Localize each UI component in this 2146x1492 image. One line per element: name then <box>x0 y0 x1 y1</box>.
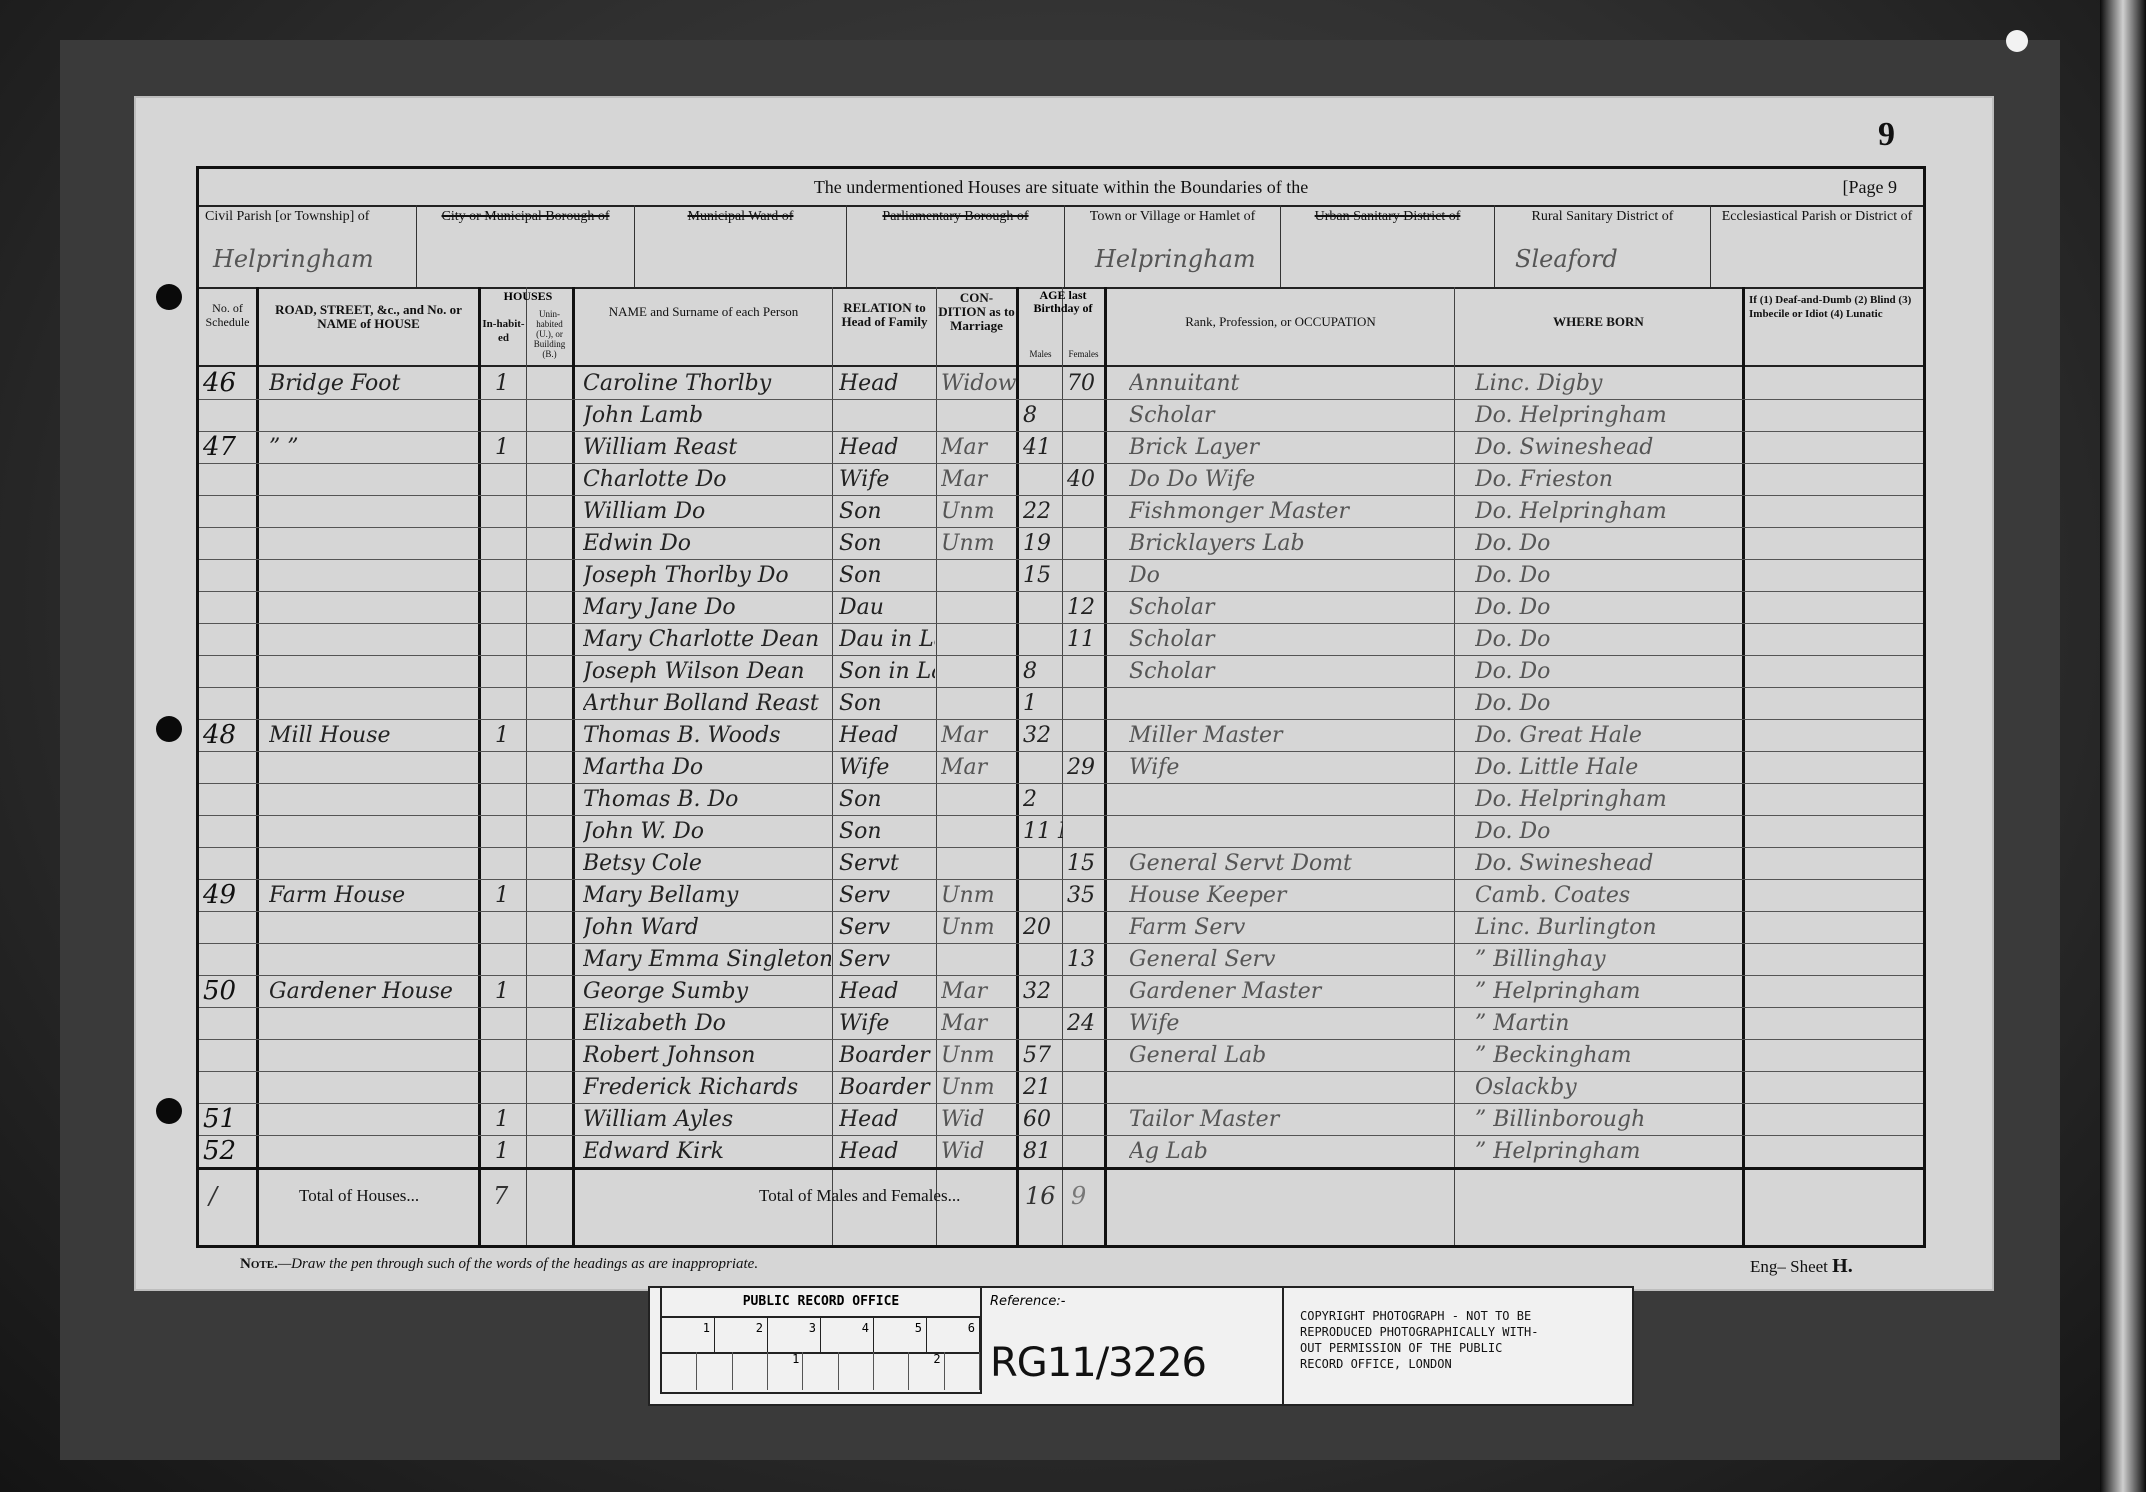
occupation: Do <box>1129 559 1449 592</box>
occupation: House Keeper <box>1129 879 1449 912</box>
male-age <box>1023 751 1063 784</box>
house-name <box>269 783 479 816</box>
inhabited-count <box>495 655 525 688</box>
inhabited-count: 1 <box>495 431 525 464</box>
person-name: Joseph Thorlby Do <box>583 559 831 592</box>
schedule-number <box>203 655 257 688</box>
occupation <box>1129 783 1449 816</box>
occupation: Scholar <box>1129 655 1449 688</box>
female-age <box>1067 655 1107 688</box>
person-name: Robert Johnson <box>583 1039 831 1072</box>
occupation: Bricklayers Lab <box>1129 527 1449 560</box>
house-name <box>269 1007 479 1040</box>
form-title: The undermentioned Houses are situate wi… <box>199 177 1923 198</box>
relation: Serv <box>839 879 935 912</box>
occupation <box>1129 1071 1449 1104</box>
table-row: John Lamb8ScholarDo. Helpringham <box>199 399 1923 432</box>
table-row: Robert JohnsonBoarderUnm57General Lab” B… <box>199 1039 1923 1072</box>
person-name: William Do <box>583 495 831 528</box>
table-row: Mary Jane DoDau12ScholarDo. Do <box>199 591 1923 624</box>
female-age: 29 <box>1067 751 1107 784</box>
female-age <box>1067 399 1107 432</box>
relation: Son <box>839 783 935 816</box>
birthplace: ” Helpringham <box>1475 1135 1743 1168</box>
punch-hole <box>156 716 182 742</box>
schedule-number <box>203 1039 257 1072</box>
relation: Head <box>839 431 935 464</box>
occupation: Scholar <box>1129 399 1449 432</box>
table-row: William DoSonUnm22Fishmonger MasterDo. H… <box>199 495 1923 528</box>
boundaries-row: Civil Parish [or Township] of Helpringha… <box>199 205 1923 289</box>
person-name: George Sumby <box>583 975 831 1008</box>
house-name: ” ” <box>269 431 479 464</box>
relation <box>839 399 935 432</box>
boundary-parliamentary-borough: Parliamentary Borough of <box>847 205 1065 287</box>
birthplace: Do. Do <box>1475 655 1743 688</box>
condition: Mar <box>941 719 1017 752</box>
schedule-number <box>203 399 257 432</box>
house-name: Bridge Foot <box>269 367 479 400</box>
relation: Son <box>839 527 935 560</box>
female-age: 12 <box>1067 591 1107 624</box>
occupation: Wife <box>1129 751 1449 784</box>
houses-group-header: HOUSES <box>481 289 575 304</box>
birthplace: Do. Helpringham <box>1475 783 1743 816</box>
male-age: 20 <box>1023 911 1063 944</box>
condition: Mar <box>941 1007 1017 1040</box>
scale-inches: 123456 <box>662 1316 980 1354</box>
male-age <box>1023 463 1063 496</box>
relation: Son <box>839 815 935 848</box>
inhabited-count <box>495 751 525 784</box>
occupation: Tailor Master <box>1129 1103 1449 1136</box>
total-males-value: 16 <box>1025 1182 1056 1210</box>
female-age: 15 <box>1067 847 1107 880</box>
inhabited-count <box>495 815 525 848</box>
page-bracket: [Page 9 <box>1843 177 1897 198</box>
schedule-number <box>203 591 257 624</box>
corner-hole <box>2006 30 2028 52</box>
male-age: 57 <box>1023 1039 1063 1072</box>
condition: Mar <box>941 751 1017 784</box>
schedule-number <box>203 943 257 976</box>
inhabited-count <box>495 399 525 432</box>
scale-tick-label: 5 <box>874 1318 927 1352</box>
schedule-number <box>203 495 257 528</box>
female-age: 70 <box>1067 367 1107 400</box>
table-row: 47” ”1William ReastHeadMar41Brick LayerD… <box>199 431 1923 464</box>
house-name <box>269 751 479 784</box>
relation: Wife <box>839 463 935 496</box>
male-age: 2 <box>1023 783 1063 816</box>
female-age <box>1067 431 1107 464</box>
relation: Serv <box>839 943 935 976</box>
total-houses-label: Total of Houses... <box>299 1186 419 1206</box>
schedule-number <box>203 911 257 944</box>
male-age <box>1023 847 1063 880</box>
condition: Mar <box>941 431 1017 464</box>
schedule-number <box>203 687 257 720</box>
inhabited-count <box>495 591 525 624</box>
schedule-number <box>203 527 257 560</box>
scale-tick-label: 2 <box>715 1318 768 1352</box>
occupation: Miller Master <box>1129 719 1449 752</box>
male-age <box>1023 1007 1063 1040</box>
condition: Unm <box>941 1071 1017 1104</box>
occupation: General Servt Domt <box>1129 847 1449 880</box>
age-group-header: AGE last Birthday of <box>1019 289 1107 315</box>
female-age: 13 <box>1067 943 1107 976</box>
male-age: 15 <box>1023 559 1063 592</box>
person-name: Arthur Bolland Reast <box>583 687 831 720</box>
table-row: 48Mill House1Thomas B. WoodsHeadMar32Mil… <box>199 719 1923 752</box>
person-name: Caroline Thorlby <box>583 367 831 400</box>
schedule-number <box>203 463 257 496</box>
birthplace: ” Billinghay <box>1475 943 1743 976</box>
male-age <box>1023 591 1063 624</box>
condition: Wid <box>941 1103 1017 1136</box>
relation: Servt <box>839 847 935 880</box>
table-row: Mary Charlotte DeanDau in Law11ScholarDo… <box>199 623 1923 656</box>
person-name: Edward Kirk <box>583 1135 831 1168</box>
person-name: Charlotte Do <box>583 463 831 496</box>
reference-label: Reference:- <box>990 1294 1065 1309</box>
relation: Head <box>839 1135 935 1168</box>
table-row: Martha DoWifeMar29WifeDo. Little Hale <box>199 751 1923 784</box>
condition <box>941 943 1017 976</box>
female-age <box>1067 783 1107 816</box>
birthplace: Do. Great Hale <box>1475 719 1743 752</box>
table-row: Thomas B. DoSon2Do. Helpringham <box>199 783 1923 816</box>
inhabited-count <box>495 1039 525 1072</box>
inhabited-count <box>495 495 525 528</box>
birthplace: Camb. Coates <box>1475 879 1743 912</box>
total-females-value: 9 <box>1071 1182 1086 1210</box>
inhabited-count <box>495 783 525 816</box>
film-edge <box>2100 0 2146 1492</box>
occupation: Brick Layer <box>1129 431 1449 464</box>
male-age: 8 <box>1023 399 1063 432</box>
relation: Head <box>839 367 935 400</box>
birthplace: Do. Little Hale <box>1475 751 1743 784</box>
schedule-number <box>203 1071 257 1104</box>
male-age: 19 <box>1023 527 1063 560</box>
inhabited-count: 1 <box>495 367 525 400</box>
female-age <box>1067 1071 1107 1104</box>
inhabited-count <box>495 847 525 880</box>
copyright-notice: COPYRIGHT PHOTOGRAPH - NOT TO BEREPRODUC… <box>1282 1288 1632 1404</box>
male-age: 60 <box>1023 1103 1063 1136</box>
person-name: John Ward <box>583 911 831 944</box>
archive-label-card: PUBLIC RECORD OFFICE 123456 12 Reference… <box>648 1286 1634 1406</box>
male-age <box>1023 367 1063 400</box>
person-name: Betsy Cole <box>583 847 831 880</box>
relation: Dau <box>839 591 935 624</box>
table-row: Joseph Wilson DeanSon in Law8ScholarDo. … <box>199 655 1923 688</box>
occupation: General Serv <box>1129 943 1449 976</box>
schedule-number <box>203 1007 257 1040</box>
schedule-number <box>203 751 257 784</box>
condition: Unm <box>941 911 1017 944</box>
person-name: Elizabeth Do <box>583 1007 831 1040</box>
scale-tick <box>874 1352 909 1390</box>
female-age <box>1067 527 1107 560</box>
house-name <box>269 399 479 432</box>
birthplace: Do. Frieston <box>1475 463 1743 496</box>
scale-tick <box>662 1352 697 1390</box>
relation: Dau in Law <box>839 623 935 656</box>
female-age <box>1067 559 1107 592</box>
inhabited-count: 1 <box>495 1103 525 1136</box>
relation: Wife <box>839 1007 935 1040</box>
birthplace: Linc. Digby <box>1475 367 1743 400</box>
house-name <box>269 1039 479 1072</box>
house-name <box>269 847 479 880</box>
schedule-number <box>203 623 257 656</box>
inhabited-count <box>495 943 525 976</box>
house-name <box>269 623 479 656</box>
schedule-number: 46 <box>203 367 257 400</box>
occupation: Scholar <box>1129 591 1449 624</box>
house-name <box>269 943 479 976</box>
page-number: 9 <box>1878 116 1895 154</box>
birthplace: Do. Do <box>1475 623 1743 656</box>
occupation <box>1129 687 1449 720</box>
table-row: Frederick RichardsBoarderUnm21Oslackby <box>199 1071 1923 1104</box>
house-name <box>269 495 479 528</box>
person-name: William Reast <box>583 431 831 464</box>
house-name <box>269 911 479 944</box>
relation: Son in Law <box>839 655 935 688</box>
table-row: 511William AylesHeadWid60Tailor Master” … <box>199 1103 1923 1136</box>
table-row: Arthur Bolland ReastSon1Do. Do <box>199 687 1923 720</box>
occupation: Fishmonger Master <box>1129 495 1449 528</box>
scale-tick: 2 <box>909 1352 944 1390</box>
condition: Widow <box>941 367 1017 400</box>
copyright-line: REPRODUCED PHOTOGRAPHICALLY WITH- <box>1300 1324 1632 1340</box>
scale-tick <box>697 1352 732 1390</box>
relation: Serv <box>839 911 935 944</box>
person-name: Mary Charlotte Dean <box>583 623 831 656</box>
table-row: Mary Emma SingletonServ13General Serv” B… <box>199 943 1923 976</box>
person-name: Mary Jane Do <box>583 591 831 624</box>
relation: Head <box>839 1103 935 1136</box>
house-name <box>269 1135 479 1168</box>
birthplace: Do. Do <box>1475 559 1743 592</box>
relation: Son <box>839 495 935 528</box>
scale-tick-label: 3 <box>768 1318 821 1352</box>
person-name: Martha Do <box>583 751 831 784</box>
house-name <box>269 591 479 624</box>
table-row: John W. DoSon11 MoDo. Do <box>199 815 1923 848</box>
female-age <box>1067 687 1107 720</box>
condition: Unm <box>941 1039 1017 1072</box>
scale-tick-label: 1 <box>662 1318 715 1352</box>
totals-row: / Total of Houses... 7 Total of Males an… <box>199 1167 1923 1230</box>
relation: Boarder <box>839 1071 935 1104</box>
boundary-urban-sanitary: Urban Sanitary District of <box>1281 205 1495 287</box>
condition: Unm <box>941 879 1017 912</box>
house-name <box>269 815 479 848</box>
birthplace: ” Martin <box>1475 1007 1743 1040</box>
relation: Wife <box>839 751 935 784</box>
inhabited-count: 1 <box>495 879 525 912</box>
condition <box>941 783 1017 816</box>
person-name: Mary Bellamy <box>583 879 831 912</box>
inhabited-count <box>495 1007 525 1040</box>
copyright-line: RECORD OFFICE, LONDON <box>1300 1356 1632 1372</box>
sheet-identifier: Eng– Sheet H. <box>1750 1255 1853 1278</box>
occupation: General Lab <box>1129 1039 1449 1072</box>
birthplace: Do. Do <box>1475 815 1743 848</box>
table-row: Elizabeth DoWifeMar24Wife” Martin <box>199 1007 1923 1040</box>
boundary-municipal-borough: City or Municipal Borough of <box>417 205 635 287</box>
occupation: Ag Lab <box>1129 1135 1449 1168</box>
person-name: John W. Do <box>583 815 831 848</box>
table-row: Betsy ColeServt15General Servt DomtDo. S… <box>199 847 1923 880</box>
relation: Head <box>839 719 935 752</box>
house-name: Farm House <box>269 879 479 912</box>
condition: Unm <box>941 527 1017 560</box>
condition <box>941 847 1017 880</box>
condition: Wid <box>941 1135 1017 1168</box>
table-row: 49Farm House1Mary BellamyServUnm35House … <box>199 879 1923 912</box>
male-age: 41 <box>1023 431 1063 464</box>
schedule-number: 52 <box>203 1135 257 1168</box>
schedule-number <box>203 559 257 592</box>
schedule-number: 51 <box>203 1103 257 1136</box>
inhabited-count: 1 <box>495 975 525 1008</box>
condition: Mar <box>941 975 1017 1008</box>
inhabited-count <box>495 687 525 720</box>
occupation: Do Do Wife <box>1129 463 1449 496</box>
house-name <box>269 559 479 592</box>
birthplace: Oslackby <box>1475 1071 1743 1104</box>
scale-tick <box>945 1352 980 1390</box>
relation: Boarder <box>839 1039 935 1072</box>
table-row: Joseph Thorlby DoSon15DoDo. Do <box>199 559 1923 592</box>
condition: Unm <box>941 495 1017 528</box>
condition <box>941 559 1017 592</box>
occupation: Gardener Master <box>1129 975 1449 1008</box>
inhabited-count <box>495 1071 525 1104</box>
person-name: John Lamb <box>583 399 831 432</box>
scale-fine: 12 <box>662 1352 980 1390</box>
house-name: Gardener House <box>269 975 479 1008</box>
house-name <box>269 1071 479 1104</box>
female-age <box>1067 1135 1107 1168</box>
reference-value: RG11/3226 <box>990 1340 1206 1386</box>
female-age <box>1067 911 1107 944</box>
relation: Son <box>839 687 935 720</box>
person-name: Frederick Richards <box>583 1071 831 1104</box>
table-row: 521Edward KirkHeadWid81Ag Lab” Helpringh… <box>199 1135 1923 1168</box>
condition <box>941 815 1017 848</box>
punch-hole <box>156 284 182 310</box>
scale-tick: 1 <box>768 1352 803 1390</box>
female-age <box>1067 1039 1107 1072</box>
boundary-town-village: Town or Village or Hamlet of Helpringham <box>1065 205 1281 287</box>
male-age: 11 Mo <box>1023 815 1063 848</box>
female-age <box>1067 1103 1107 1136</box>
occupation: Annuitant <box>1129 367 1449 400</box>
scale-tick-label: 6 <box>927 1318 980 1352</box>
inhabited-count <box>495 911 525 944</box>
inhabited-count: 1 <box>495 1135 525 1168</box>
table-row: 50Gardener House1George SumbyHeadMar32Ga… <box>199 975 1923 1008</box>
schedule-number <box>203 815 257 848</box>
female-age <box>1067 719 1107 752</box>
female-age: 35 <box>1067 879 1107 912</box>
condition <box>941 687 1017 720</box>
total-houses-value: 7 <box>493 1182 508 1210</box>
person-name: William Ayles <box>583 1103 831 1136</box>
birthplace: Do. Helpringham <box>1475 399 1743 432</box>
male-age <box>1023 879 1063 912</box>
occupation: Scholar <box>1129 623 1449 656</box>
scale-tick <box>803 1352 838 1390</box>
birthplace: ” Billinborough <box>1475 1103 1743 1136</box>
boundary-ecclesiastical: Ecclesiastical Parish or District of <box>1711 205 1923 287</box>
table-row: Charlotte DoWifeMar40Do Do WifeDo. Fries… <box>199 463 1923 496</box>
relation: Son <box>839 559 935 592</box>
inhabited-count <box>495 527 525 560</box>
female-age <box>1067 975 1107 1008</box>
female-age: 40 <box>1067 463 1107 496</box>
total-persons-label: Total of Males and Females... <box>759 1186 960 1206</box>
male-age: 21 <box>1023 1071 1063 1104</box>
copyright-line: OUT PERMISSION OF THE PUBLIC <box>1300 1340 1632 1356</box>
table-row: Edwin DoSonUnm19Bricklayers LabDo. Do <box>199 527 1923 560</box>
person-name: Mary Emma Singleton <box>583 943 831 976</box>
schedule-number: 48 <box>203 719 257 752</box>
inhabited-count <box>495 463 525 496</box>
boundary-rural-sanitary: Rural Sanitary District of Sleaford <box>1495 205 1711 287</box>
punch-hole <box>156 1098 182 1124</box>
house-name <box>269 687 479 720</box>
scale-tick <box>733 1352 768 1390</box>
house-name <box>269 527 479 560</box>
schedule-number: 50 <box>203 975 257 1008</box>
male-age: 22 <box>1023 495 1063 528</box>
census-form: The undermentioned Houses are situate wi… <box>196 166 1926 1248</box>
birthplace: ” Helpringham <box>1475 975 1743 1008</box>
house-name <box>269 1103 479 1136</box>
census-table: No. of Schedule ROAD, STREET, &c., and N… <box>199 287 1923 1245</box>
female-age: 11 <box>1067 623 1107 656</box>
birthplace: ” Beckingham <box>1475 1039 1743 1072</box>
person-name: Thomas B. Do <box>583 783 831 816</box>
person-name: Edwin Do <box>583 527 831 560</box>
birthplace: Do. Do <box>1475 687 1743 720</box>
scale-tick-label: 4 <box>821 1318 874 1352</box>
male-age: 1 <box>1023 687 1063 720</box>
copyright-line: COPYRIGHT PHOTOGRAPH - NOT TO BE <box>1300 1308 1632 1324</box>
schedule-number: 47 <box>203 431 257 464</box>
form-title-row: The undermentioned Houses are situate wi… <box>199 169 1923 207</box>
table-row: 46Bridge Foot1Caroline ThorlbyHeadWidow7… <box>199 367 1923 400</box>
house-name: Mill House <box>269 719 479 752</box>
birthplace: Do. Helpringham <box>1475 495 1743 528</box>
occupation <box>1129 815 1449 848</box>
birthplace: Linc. Burlington <box>1475 911 1743 944</box>
birthplace: Do. Do <box>1475 527 1743 560</box>
schedule-number: 49 <box>203 879 257 912</box>
inhabited-count: 1 <box>495 719 525 752</box>
table-row: John WardServUnm20Farm ServLinc. Burling… <box>199 911 1923 944</box>
public-record-office-scale: PUBLIC RECORD OFFICE 123456 12 <box>660 1288 982 1394</box>
birthplace: Do. Do <box>1475 591 1743 624</box>
